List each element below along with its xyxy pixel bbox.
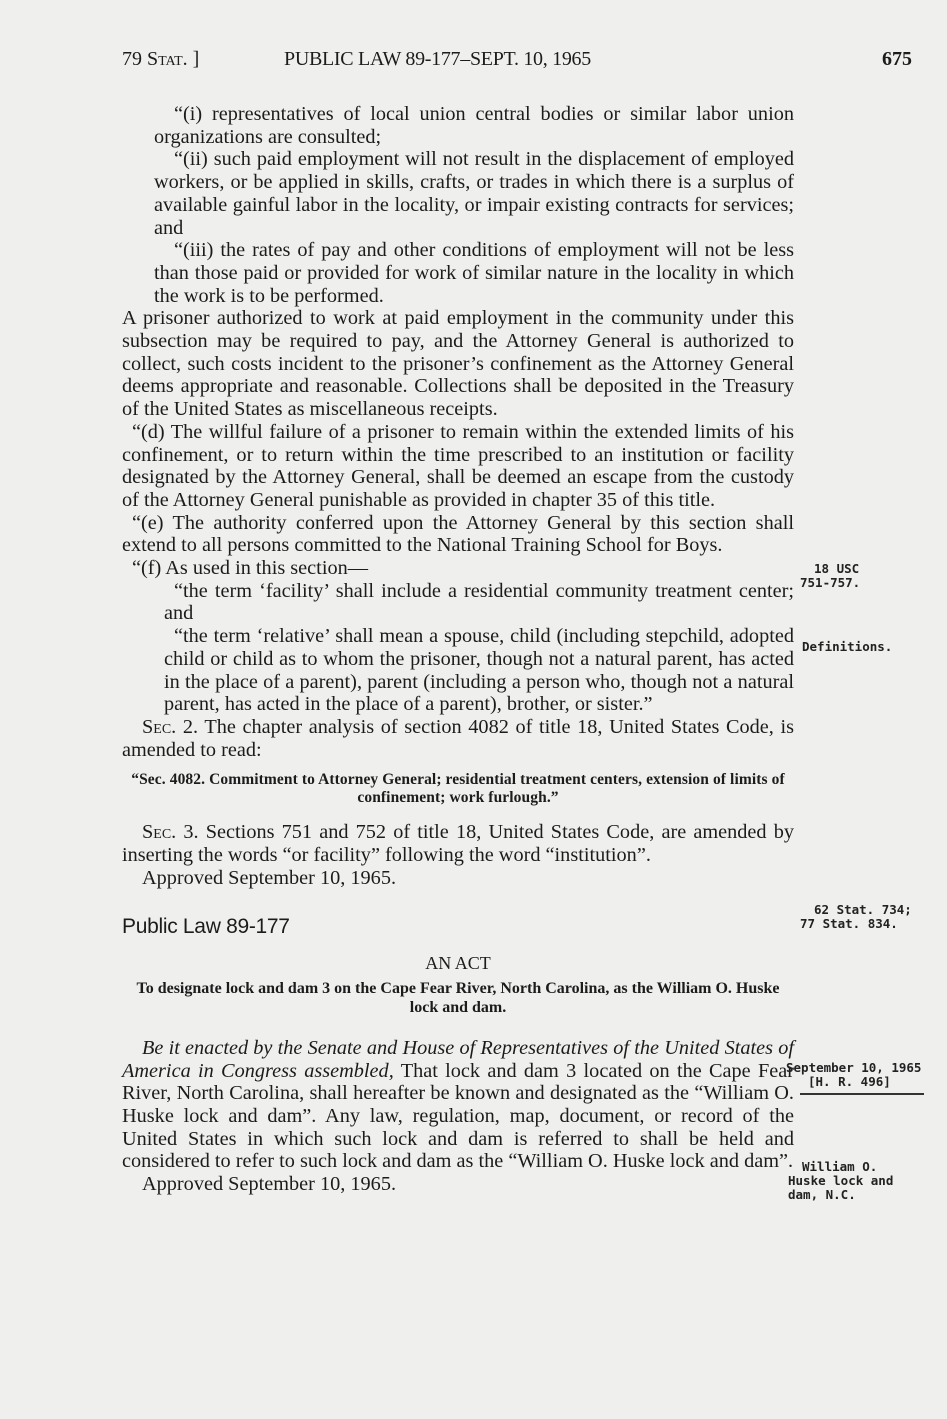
act-title: To designate lock and dam 3 on the Cape …	[122, 979, 794, 1017]
margin-divider	[800, 1093, 924, 1095]
subsection-d: “(d) The willful failure of a prisoner t…	[122, 421, 794, 512]
subsection-f: “(f) As used in this section—	[122, 557, 794, 580]
page-number: 675	[882, 48, 912, 71]
section-3: Sec. 3. Sections 751 and 752 of title 18…	[122, 821, 794, 866]
public-law-title: Public Law 89-177	[122, 916, 794, 939]
main-text: “(i) representatives of local union cent…	[122, 103, 794, 1196]
margin-note-usc: 18 USC 751-757.	[800, 562, 860, 590]
subsection-e: “(e) The authority conferred upon the At…	[122, 512, 794, 557]
clause-i: “(i) representatives of local union cent…	[154, 103, 794, 148]
running-head-title: PUBLIC LAW 89-177–SEPT. 10, 1965	[284, 48, 591, 71]
section-2-text: The chapter analysis of section 4082 of …	[122, 716, 794, 761]
statute-page: 79 Stat. ] PUBLIC LAW 89-177–SEPT. 10, 1…	[0, 0, 947, 1419]
clauses-block: “(i) representatives of local union cent…	[122, 103, 794, 307]
approval-date-2: Approved September 10, 1965.	[122, 1173, 794, 1196]
section-2-label: Sec. 2.	[142, 716, 198, 738]
approval-date-1: Approved September 10, 1965.	[122, 867, 794, 890]
margin-note-definitions: Definitions.	[802, 640, 892, 654]
section-3-text: Sections 751 and 752 of title 18, United…	[122, 821, 794, 866]
enacting-paragraph: Be it enacted by the Senate and House of…	[122, 1037, 794, 1173]
margin-note-huske: William O. Huske lock and dam, N.C.	[788, 1160, 893, 1202]
chapter-analysis-entry: “Sec. 4082. Commitment to Attorney Gener…	[122, 771, 794, 807]
margin-note-date: September 10, 1965 [H. R. 496]	[786, 1061, 921, 1089]
act-label: AN ACT	[122, 952, 794, 975]
definition-facility: “the term ‘facility’ shall include a res…	[164, 580, 794, 625]
clause-iii: “(iii) the rates of pay and other condit…	[154, 239, 794, 307]
volume-citation: 79 Stat. ]	[122, 48, 199, 71]
running-head: 79 Stat. ] PUBLIC LAW 89-177–SEPT. 10, 1…	[122, 48, 912, 74]
definitions-block: “the term ‘facility’ shall include a res…	[122, 580, 794, 716]
clause-ii: “(ii) such paid employment will not resu…	[154, 148, 794, 239]
margin-note-stat: 62 Stat. 734; 77 Stat. 834.	[800, 903, 912, 931]
section-2: Sec. 2. The chapter analysis of section …	[122, 716, 794, 761]
definition-relative: “the term ‘relative’ shall mean a spouse…	[164, 625, 794, 716]
section-3-label: Sec. 3.	[142, 821, 199, 843]
prisoner-paragraph: A prisoner authorized to work at paid em…	[122, 307, 794, 421]
